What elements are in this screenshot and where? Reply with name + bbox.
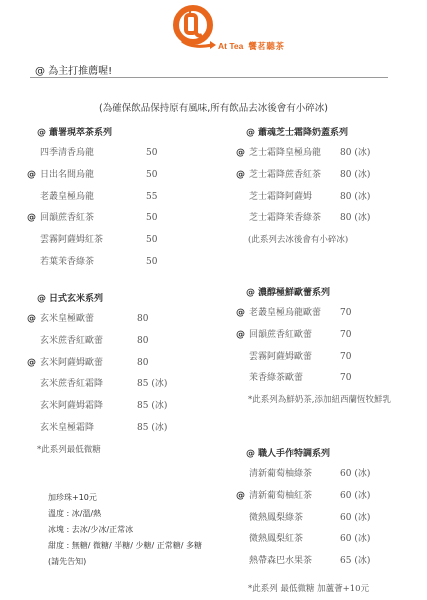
recommend-mark-icon: @ <box>236 165 245 187</box>
item-price: 70 <box>340 325 351 347</box>
section-cheese-foam: @蕭魂芝士霜降奶蓋系列 @芝士霜降皇極烏龍80 (冰) @芝士霜降蔗香紅茶80 … <box>236 123 426 250</box>
menu-item: @回韻蔗香紅茶50 <box>27 208 207 230</box>
section-title-text: 蕭魂芝士霜降奶蓋系列 <box>258 128 348 138</box>
item-price: 80 (冰) <box>340 208 370 230</box>
menu-item: @芝士霜降皇極烏龍80 (冰) <box>236 143 426 165</box>
item-price: 80 (冰) <box>340 143 370 165</box>
item-name: 回韻蔗香紅歐蕾 <box>249 325 312 347</box>
recommend-mark-icon: @ <box>27 309 36 331</box>
section-note: (此系列去冰後會有小碎冰) <box>236 230 426 250</box>
sugar-options: 甜度 : 無糖/ 微糖/ 半糖/ 少糖/ 正常糖/ 多糖 <box>48 538 202 554</box>
section-title: @蕭魂芝士霜降奶蓋系列 <box>236 123 426 143</box>
item-price: 50 <box>146 143 157 165</box>
item-name: 熱帶森巴水果茶 <box>249 551 312 573</box>
section-artisan-specials: @職人手作特調系列 清新葡萄柚綠茶60 (冰) @清新葡萄柚紅茶60 (冰) 微… <box>236 444 426 599</box>
item-price: 70 <box>340 368 351 390</box>
menu-item: @回韻蔗香紅歐蕾70 <box>236 325 426 347</box>
temperature-options: 溫度 : 冰/溫/熱 <box>48 506 202 522</box>
recommend-mark-icon: @ <box>27 165 36 187</box>
section-title: @職人手作特調系列 <box>236 444 426 464</box>
menu-item: 清新葡萄柚綠茶60 (冰) <box>236 464 426 486</box>
brand-name-cn: 饗茗聽茶 <box>248 41 284 51</box>
brand-name-en: At Tea <box>218 41 243 51</box>
item-name: 老叢皇極烏龍歐蕾 <box>249 303 321 325</box>
menu-item: 芝士霜降茉香綠茶80 (冰) <box>236 208 426 230</box>
item-name: 老叢皇極烏龍 <box>40 187 94 209</box>
recommend-mark-icon: @ <box>27 353 36 375</box>
header-divider <box>30 77 388 78</box>
item-name: 芝士霜降茉香綠茶 <box>249 208 321 230</box>
ask-note: (請先告知) <box>48 554 202 570</box>
recommend-mark-icon: @ <box>27 208 36 230</box>
section-note: *此系列最低微糖 <box>27 440 207 460</box>
item-name: 微熱鳳梨綠茶 <box>249 508 303 530</box>
menu-item: 老叢皇極烏龍55 <box>27 187 207 209</box>
brand-name: At Tea饗茗聽茶 <box>218 40 284 52</box>
item-name: 芝士霜降阿薩姆 <box>249 187 312 209</box>
menu-item: 熱帶森巴水果茶65 (冰) <box>236 551 426 573</box>
item-price: 60 (冰) <box>340 486 370 508</box>
at-mark-icon: @ <box>37 294 46 304</box>
at-mark-icon: @ <box>246 128 255 138</box>
menu-item: @日出名間烏龍50 <box>27 165 207 187</box>
item-price: 60 (冰) <box>340 508 370 530</box>
item-name: 茉香綠茶歐蕾 <box>249 368 303 390</box>
menu-item: 若葉茉香綠茶50 <box>27 252 207 274</box>
item-name: 雲霧阿薩姆紅茶 <box>40 230 103 252</box>
at-mark-icon: @ <box>246 449 255 459</box>
at-sign-logo-icon <box>172 4 216 50</box>
section-fresh-milk-latte: @濃醇極鮮歐蕾系列 @老叢皇極烏龍歐蕾70 @回韻蔗香紅歐蕾70 雲霧阿薩姆歐蕾… <box>236 283 426 410</box>
item-name: 雲霧阿薩姆歐蕾 <box>249 347 312 369</box>
pearl-addon: 加珍珠+10元 <box>48 490 202 506</box>
menu-item: @清新葡萄柚紅茶60 (冰) <box>236 486 426 508</box>
menu-item: @玄米阿薩姆歐蕾80 <box>27 353 207 375</box>
section-note: *此系列 最低微糖 加蘆薈+10元 <box>236 579 426 599</box>
recommend-text: 為主打推薦喔! <box>48 66 112 77</box>
item-name: 芝士霜降皇極烏龍 <box>249 143 321 165</box>
section-title-text: 濃醇極鮮歐蕾系列 <box>258 288 330 298</box>
menu-item: 玄米阿薩姆霜降85 (冰) <box>27 396 207 418</box>
section-title: @濃醇極鮮歐蕾系列 <box>236 283 426 303</box>
item-name: 玄米阿薩姆歐蕾 <box>40 353 103 375</box>
item-price: 70 <box>340 347 351 369</box>
menu-item: 微熱鳳梨紅茶60 (冰) <box>236 529 426 551</box>
at-mark-icon: @ <box>37 128 46 138</box>
item-price: 50 <box>146 252 157 274</box>
recommend-mark-icon: @ <box>236 486 245 508</box>
item-name: 回韻蔗香紅茶 <box>40 208 94 230</box>
menu-item: 芝士霜降阿薩姆80 (冰) <box>236 187 426 209</box>
menu-item: @玄米皇極歐蕾80 <box>27 309 207 331</box>
menu-item: 雲霧阿薩姆紅茶50 <box>27 230 207 252</box>
section-title-text: 日式玄米系列 <box>49 294 103 304</box>
item-price: 50 <box>146 165 157 187</box>
ice-notice: (為確保飲品保持原有風味,所有飲品去冰後會有小碎冰) <box>0 100 427 114</box>
item-name: 玄米蔗香紅霜降 <box>40 374 103 396</box>
item-name: 若葉茉香綠茶 <box>40 252 94 274</box>
item-name: 日出名間烏龍 <box>40 165 94 187</box>
brand-logo: At Tea饗茗聽茶 <box>172 4 322 56</box>
menu-item: 玄米蔗香紅歐蕾80 <box>27 331 207 353</box>
item-name: 玄米阿薩姆霜降 <box>40 396 103 418</box>
menu-item: @老叢皇極烏龍歐蕾70 <box>236 303 426 325</box>
item-price: 80 <box>137 309 148 331</box>
item-name: 芝士霜降蔗香紅茶 <box>249 165 321 187</box>
item-name: 玄米皇極歐蕾 <box>40 309 94 331</box>
order-options: 加珍珠+10元 溫度 : 冰/溫/熱 冰塊 : 去冰/少冰/正常冰 甜度 : 無… <box>48 490 202 570</box>
item-price: 60 (冰) <box>340 464 370 486</box>
section-title-text: 蕭署現萃茶系列 <box>49 128 112 138</box>
item-price: 85 (冰) <box>137 418 167 440</box>
section-title-text: 職人手作特調系列 <box>258 449 330 459</box>
item-price: 65 (冰) <box>340 551 370 573</box>
item-name: 玄米蔗香紅歐蕾 <box>40 331 103 353</box>
item-price: 50 <box>146 230 157 252</box>
recommend-mark-icon: @ <box>236 143 245 165</box>
item-name: 清新葡萄柚紅茶 <box>249 486 312 508</box>
menu-item: 玄米皇極霜降85 (冰) <box>27 418 207 440</box>
item-price: 70 <box>340 303 351 325</box>
item-name: 四季清香烏龍 <box>40 143 94 165</box>
section-title: @蕭署現萃茶系列 <box>27 123 207 143</box>
item-price: 80 <box>137 331 148 353</box>
section-title: @日式玄米系列 <box>27 289 207 309</box>
item-price: 50 <box>146 208 157 230</box>
at-mark-icon: @ <box>35 66 45 77</box>
menu-item: 雲霧阿薩姆歐蕾70 <box>236 347 426 369</box>
item-price: 80 <box>137 353 148 375</box>
item-price: 55 <box>146 187 157 209</box>
menu-item: 茉香綠茶歐蕾70 <box>236 368 426 390</box>
menu-item: 四季清香烏龍50 <box>27 143 207 165</box>
section-note: *此系列為鮮奶茶,添加紐西蘭恆牧鮮乳 <box>236 390 426 410</box>
item-name: 清新葡萄柚綠茶 <box>249 464 312 486</box>
item-price: 60 (冰) <box>340 529 370 551</box>
recommend-mark-icon: @ <box>236 325 245 347</box>
menu-item: 玄米蔗香紅霜降85 (冰) <box>27 374 207 396</box>
menu-item: 微熱鳳梨綠茶60 (冰) <box>236 508 426 530</box>
item-price: 85 (冰) <box>137 374 167 396</box>
recommend-mark-icon: @ <box>236 303 245 325</box>
item-name: 微熱鳳梨紅茶 <box>249 529 303 551</box>
item-name: 玄米皇極霜降 <box>40 418 94 440</box>
at-mark-icon: @ <box>246 288 255 298</box>
section-genmai-series: @日式玄米系列 @玄米皇極歐蕾80 玄米蔗香紅歐蕾80 @玄米阿薩姆歐蕾80 玄… <box>27 289 207 460</box>
section-fresh-brewed-tea: @蕭署現萃茶系列 四季清香烏龍50 @日出名間烏龍50 老叢皇極烏龍55 @回韻… <box>27 123 207 274</box>
ice-options: 冰塊 : 去冰/少冰/正常冰 <box>48 522 202 538</box>
item-price: 85 (冰) <box>137 396 167 418</box>
recommend-legend: @ 為主打推薦喔! <box>35 62 112 77</box>
menu-item: @芝士霜降蔗香紅茶80 (冰) <box>236 165 426 187</box>
item-price: 80 (冰) <box>340 165 370 187</box>
item-price: 80 (冰) <box>340 187 370 209</box>
